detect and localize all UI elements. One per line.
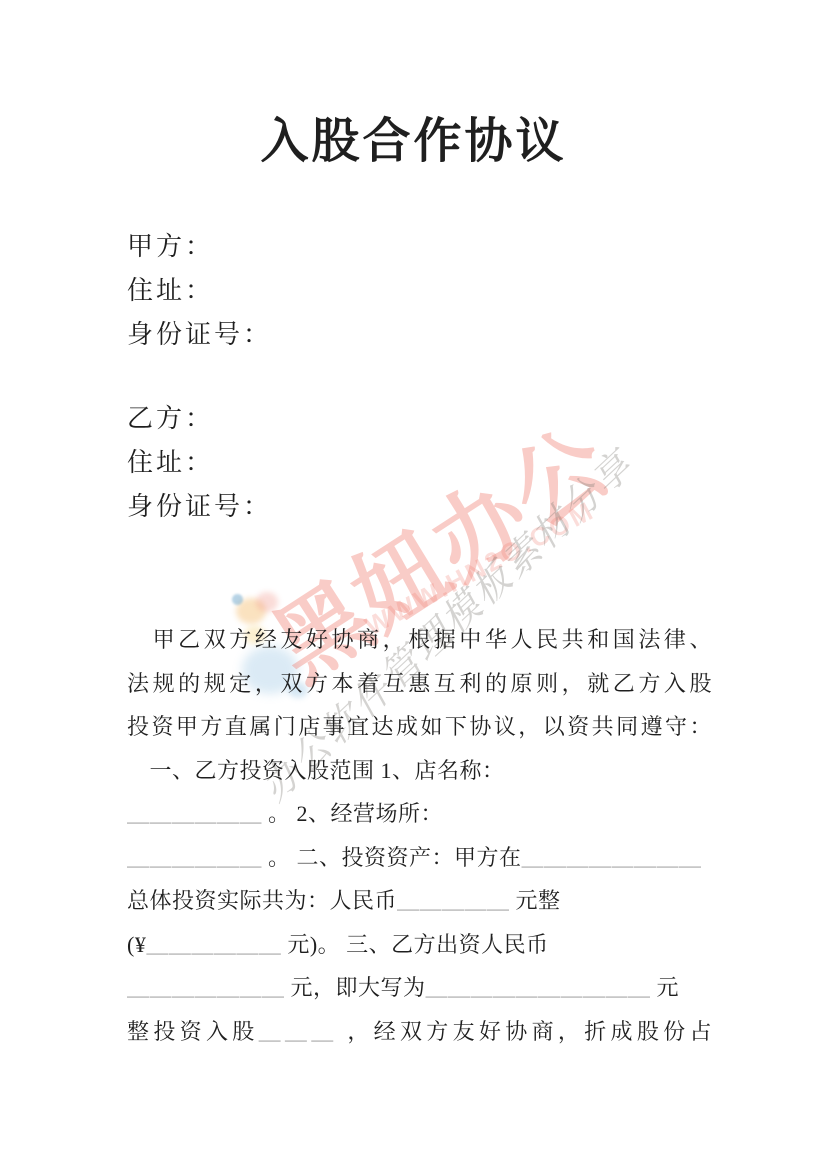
document-title: 入股合作协议 [0, 102, 827, 171]
body-line: ＿＿＿＿＿＿ 。 二、投资资产：甲方在＿＿＿＿＿＿＿＿ [127, 836, 712, 880]
party-b-section: 乙方： 住址： 身份证号： [127, 397, 272, 529]
party-b-name-label: 乙方： [127, 397, 272, 441]
body-line: 总体投资实际共为：人民币＿＿＿＿＿ 元整 [127, 879, 712, 923]
document-content: 入股合作协议 甲方： 住址： 身份证号： 乙方： 住址： 身份证号： 甲乙双方经… [0, 0, 827, 1169]
body-line: ＿＿＿＿＿＿ 。 2、经营场所： [127, 792, 712, 836]
party-b-id-label: 身份证号： [127, 485, 272, 529]
body-line: 一、乙方投资入股范围 1、店名称： [127, 749, 712, 793]
party-a-section: 甲方： 住址： 身份证号： [127, 225, 272, 357]
body-line: 甲乙双方经友好协商，根据中华人民共和国法律、 [127, 618, 712, 662]
body-paragraph: 甲乙双方经友好协商，根据中华人民共和国法律、 法规的规定，双方本着互惠互利的原则… [127, 618, 712, 1053]
body-line: 投资甲方直属门店事宜达成如下协议，以资共同遵守： [127, 705, 712, 749]
party-a-address-label: 住址： [127, 269, 272, 313]
contract-document-page: 黑妞办公 WWW.HN2O.COM 办公软件管理模板素材分享 入股合作协议 甲方… [0, 0, 827, 1169]
body-line: (¥＿＿＿＿＿＿ 元)。 三、乙方出资人民币 [127, 923, 712, 967]
body-line: ＿＿＿＿＿＿＿ 元，即大写为＿＿＿＿＿＿＿＿＿＿ 元 [127, 966, 712, 1010]
body-line: 法规的规定，双方本着互惠互利的原则，就乙方入股 [127, 662, 712, 706]
party-a-id-label: 身份证号： [127, 313, 272, 357]
body-line: 整投资入股＿＿＿ ，经双方友好协商，折成股份占 [127, 1010, 712, 1054]
party-b-address-label: 住址： [127, 441, 272, 485]
party-a-name-label: 甲方： [127, 225, 272, 269]
